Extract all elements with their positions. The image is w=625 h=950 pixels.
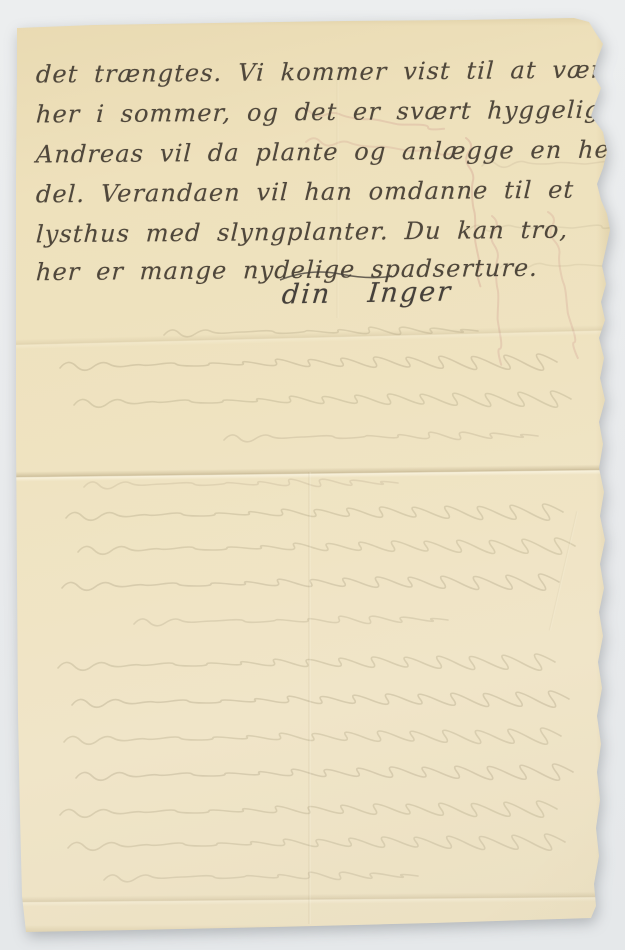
fold-crease-upper: [8, 325, 618, 350]
handwriting-line-2: her i sommer, og det er svært hyggeligt,: [35, 89, 621, 134]
crease-diagonal-right: [548, 511, 578, 631]
scanned-letter-page: det trængtes. Vi kommer vist til at være…: [0, 0, 625, 950]
fold-crease-main: [8, 464, 618, 481]
fold-crease-bottom: [8, 891, 618, 906]
letter-paper: det trængtes. Vi kommer vist til at være…: [14, 16, 612, 934]
handwriting-line-3: Andreas vil da plante og anlægge en hel: [35, 129, 619, 174]
handwriting-line-4: del. Verandaen vil han omdanne til et: [35, 170, 575, 215]
fold-crease-vertical-lower: [308, 472, 311, 924]
handwriting-line-1: det trængtes. Vi kommer vist til at være: [35, 49, 619, 94]
paper-shadow-wrap: det trængtes. Vi kommer vist til at være…: [0, 0, 625, 950]
signature: din Inger: [281, 276, 454, 310]
